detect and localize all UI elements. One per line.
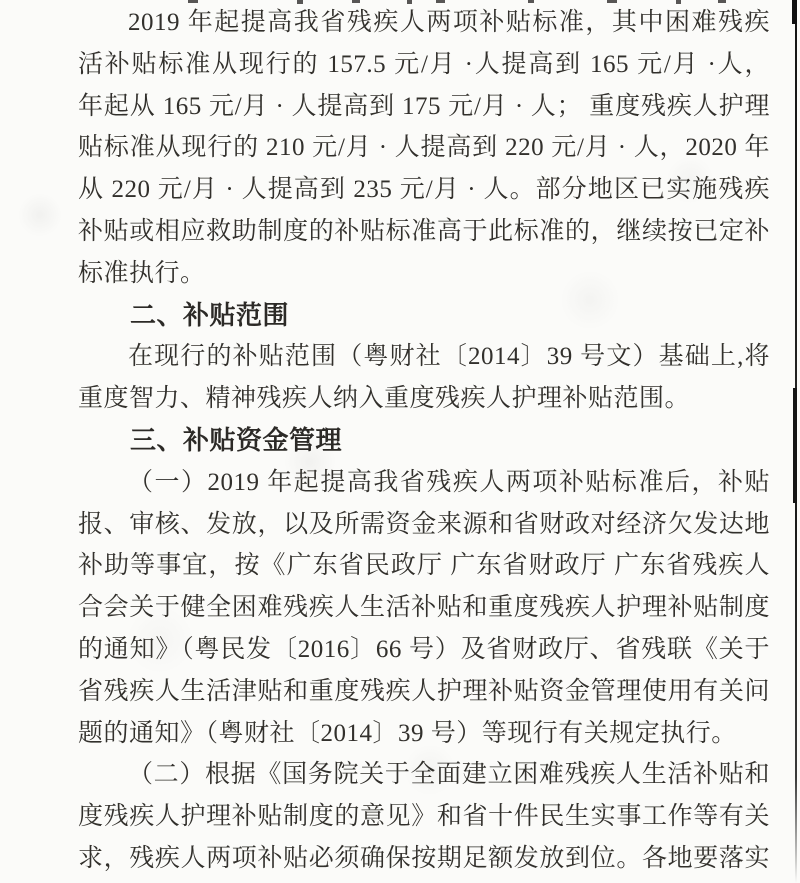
doc-line: 省残疾人生活津贴和重度残疾人护理补贴资金管理使用有关问 (78, 671, 770, 713)
scan-edge-line (795, 0, 797, 883)
doc-line: 补贴或相应救助制度的补贴标准高于此标准的，继续按已定补贴 (78, 211, 770, 253)
doc-line: 度残疾人护理补贴制度的意见》和省十件民生实事工作等有关要 (78, 796, 770, 838)
scan-edge-mid-bulge (793, 388, 797, 503)
doc-line: （一）2019 年起提高我省残疾人两项补贴标准后，补贴的申 (78, 462, 770, 504)
document-page: 2019 年起提高我省残疾人两项补贴标准，其中困难残疾人生 活补贴标准从现行的 … (0, 0, 800, 883)
doc-line: 补助等事宜，按《广东省民政厅 广东省财政厅 广东省残疾人联 (78, 545, 770, 587)
doc-line: 标准执行。 (78, 253, 770, 295)
doc-line: 求，残疾人两项补贴必须确保按期足额发放到位。各地要落实地 (78, 838, 770, 880)
doc-line: 年起从 165 元/月 · 人提高到 175 元/月 · 人； 重度残疾人护理补 (78, 86, 770, 128)
doc-line: 合会关于健全困难残疾人生活补贴和重度残疾人护理补贴制度 (78, 587, 770, 629)
doc-line: 的通知》（粤民发〔2016〕66 号）及省财政厅、省残联《关于我 (78, 629, 770, 671)
doc-line: 从 220 元/月 · 人提高到 235 元/月 · 人。部分地区已实施残疾人 (78, 169, 770, 211)
doc-line: 重度智力、精神残疾人纳入重度残疾人护理补贴范围。 (78, 378, 770, 420)
doc-line: 活补贴标准从现行的 157.5 元/月 ·人提高到 165 元/月 ·人，202… (78, 44, 770, 86)
doc-line: （二）根据《国务院关于全面建立困难残疾人生活补贴和重 (78, 754, 770, 796)
doc-line: 报、审核、发放，以及所需资金来源和省财政对经济欠发达地区 (78, 504, 770, 546)
doc-line: 在现行的补贴范围（粤财社〔2014〕39 号文）基础上,将非 (78, 336, 770, 378)
doc-line: 2019 年起提高我省残疾人两项补贴标准，其中困难残疾人生 (78, 2, 770, 44)
document-text-block: 2019 年起提高我省残疾人两项补贴标准，其中困难残疾人生 活补贴标准从现行的 … (78, 2, 770, 880)
section-heading-fund-management: 三、补贴资金管理 (78, 420, 770, 462)
doc-line: 题的通知》（粤财社〔2014〕39 号）等现行有关规定执行。 (78, 713, 770, 755)
section-heading-subsidy-scope: 二、补贴范围 (78, 295, 770, 337)
doc-line: 贴标准从现行的 210 元/月 · 人提高到 220 元/月 · 人，2020 … (78, 127, 770, 169)
scan-edge-top-blob (792, 0, 797, 24)
